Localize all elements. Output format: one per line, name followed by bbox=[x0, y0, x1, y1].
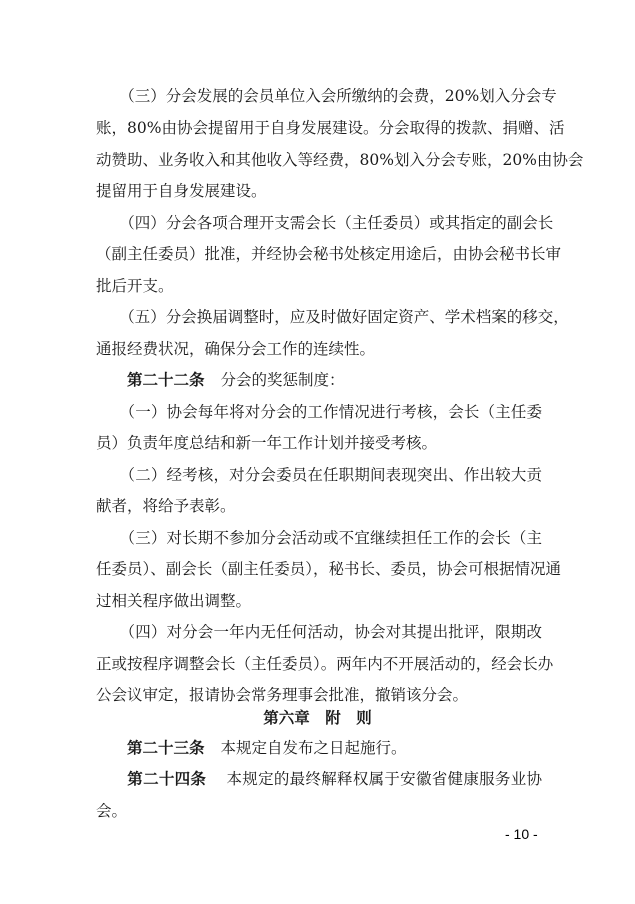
paragraph-line: 账，80%由协会提留用于自身发展建设。分会取得的拨款、捐赠、活 bbox=[96, 118, 542, 138]
chapter-heading: 第六章 附 则 bbox=[0, 706, 635, 728]
paragraph-line: （四）分会各项合理开支需会长（主任委员）或其指定的副会长 bbox=[96, 213, 542, 233]
paragraph-line: （五）分会换届调整时，应及时做好固定资产、学术档案的移交， bbox=[96, 307, 542, 327]
article-24: 第二十四条本规定的最终解释权属于安徽省健康服务业协 bbox=[96, 769, 542, 789]
paragraph-line: 动赞助、业务收入和其他收入等经费，80%划入分会专账，20%由协会 bbox=[96, 150, 542, 170]
paragraph-line: （四）对分会一年内无任何活动，协会对其提出批评，限期改 bbox=[96, 622, 542, 642]
article-22: 第二十二条分会的奖惩制度： bbox=[96, 370, 542, 390]
page-number: - 10 - bbox=[505, 826, 538, 842]
document-page: （三）分会发展的会员单位入会所缴纳的会费，20%划入分会专 账，80%由协会提留… bbox=[0, 0, 635, 904]
article-text: 分会的奖惩制度： bbox=[221, 371, 345, 389]
paragraph-line: 员）负责年度总结和新一年工作计划并接受考核。 bbox=[96, 433, 542, 453]
paragraph-line: （三）分会发展的会员单位入会所缴纳的会费，20%划入分会专 bbox=[96, 86, 542, 106]
paragraph-line: 任委员）、副会长（副主任委员），秘书长、委员，协会可根据情况通 bbox=[96, 559, 542, 579]
paragraph-line: 通报经费状况，确保分会工作的连续性。 bbox=[96, 339, 542, 359]
paragraph-line: 正或按程序调整会长（主任委员）。两年内不开展活动的，经会长办 bbox=[96, 654, 542, 674]
paragraph-line: 公会议审定，报请协会常务理事会批准，撤销该分会。 bbox=[96, 685, 542, 705]
paragraph-line: （一）协会每年将对分会的工作情况进行考核，会长（主任委 bbox=[96, 402, 542, 422]
paragraph-line: （三）对长期不参加分会活动或不宜继续担任工作的会长（主 bbox=[96, 528, 542, 548]
article-title: 第二十四条 bbox=[127, 770, 206, 788]
paragraph-line: 献者，将给予表彰。 bbox=[96, 496, 542, 516]
article-title: 第二十二条 bbox=[127, 371, 205, 389]
article-23: 第二十三条本规定自发布之日起施行。 bbox=[96, 738, 542, 758]
paragraph-line: 会。 bbox=[96, 801, 542, 821]
article-text: 本规定自发布之日起施行。 bbox=[221, 739, 407, 757]
paragraph-line: 过相关程序做出调整。 bbox=[96, 591, 542, 611]
paragraph-line: （副主任委员）批准，并经协会秘书处核定用途后，由协会秘书长审 bbox=[96, 244, 542, 264]
paragraph-line: 提留用于自身发展建设。 bbox=[96, 181, 542, 201]
article-title: 第二十三条 bbox=[127, 739, 205, 757]
paragraph-line: 批后开支。 bbox=[96, 276, 542, 296]
article-text: 本规定的最终解释权属于安徽省健康服务业协 bbox=[226, 770, 542, 788]
paragraph-line: （二）经考核，对分会委员在任职期间表现突出、作出较大贡 bbox=[96, 465, 542, 485]
